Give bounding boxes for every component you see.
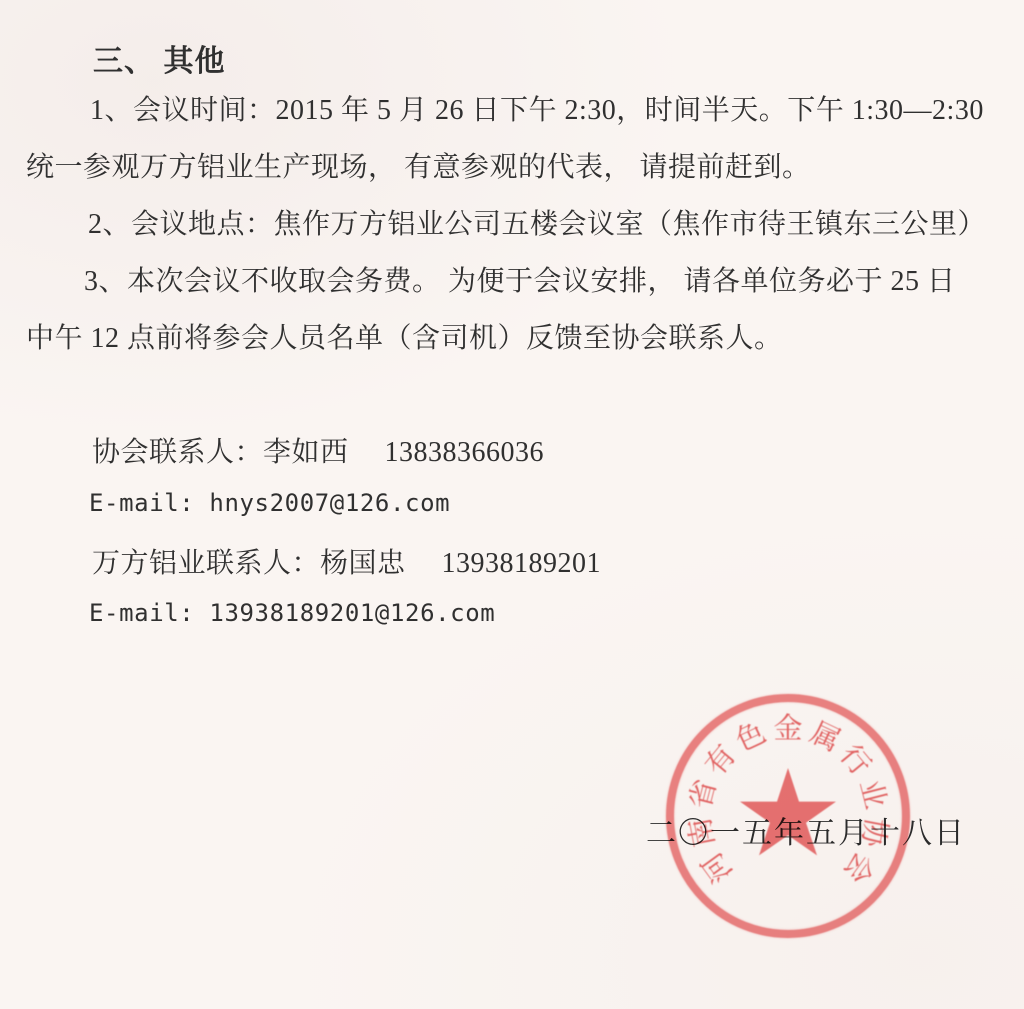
body-line-meeting-time-cont: 统一参观万方铝业生产现场， 有意参观的代表， 请提前赶到。 — [26, 145, 811, 185]
stamp-arc-text: 河南省有色金属行业协会 — [666, 694, 910, 938]
stamp-arc-char: 金 — [770, 711, 806, 747]
section-heading: 三、 其他 — [93, 36, 226, 80]
body-line-meeting-time: 1、会议时间：2015 年 5 月 26 日下午 2:30，时间半天。下午 1:… — [90, 88, 984, 128]
stamp-arc-char: 南 — [681, 811, 723, 853]
scanned-document-page: 三、 其他 1、会议时间：2015 年 5 月 26 日下午 2:30，时间半天… — [0, 0, 1024, 1009]
contact-association-person: 协会联系人：李如西 13838366036 — [92, 430, 544, 470]
body-line-meeting-fee-cont: 中午 12 点前将参会人员名单（含司机）反馈至协会联系人。 — [26, 316, 783, 356]
contact-company-person: 万方铝业联系人：杨国忠 13938189201 — [92, 541, 601, 581]
official-seal-stamp: 河南省有色金属行业协会 — [666, 694, 910, 938]
body-line-meeting-location: 2、会议地点：焦作万方铝业公司五楼会议室（焦作市待王镇东三公里） — [88, 202, 986, 242]
contact-association-email: E-mail: hnys2007@126.com — [89, 489, 450, 517]
body-line-meeting-fee: 3、本次会议不收取会务费。 为便于会议安排， 请各单位务必于 25 日 — [84, 259, 956, 299]
stamp-arc-char: 业 — [850, 772, 894, 816]
contact-company-email: E-mail: 13938189201@126.com — [89, 599, 495, 627]
